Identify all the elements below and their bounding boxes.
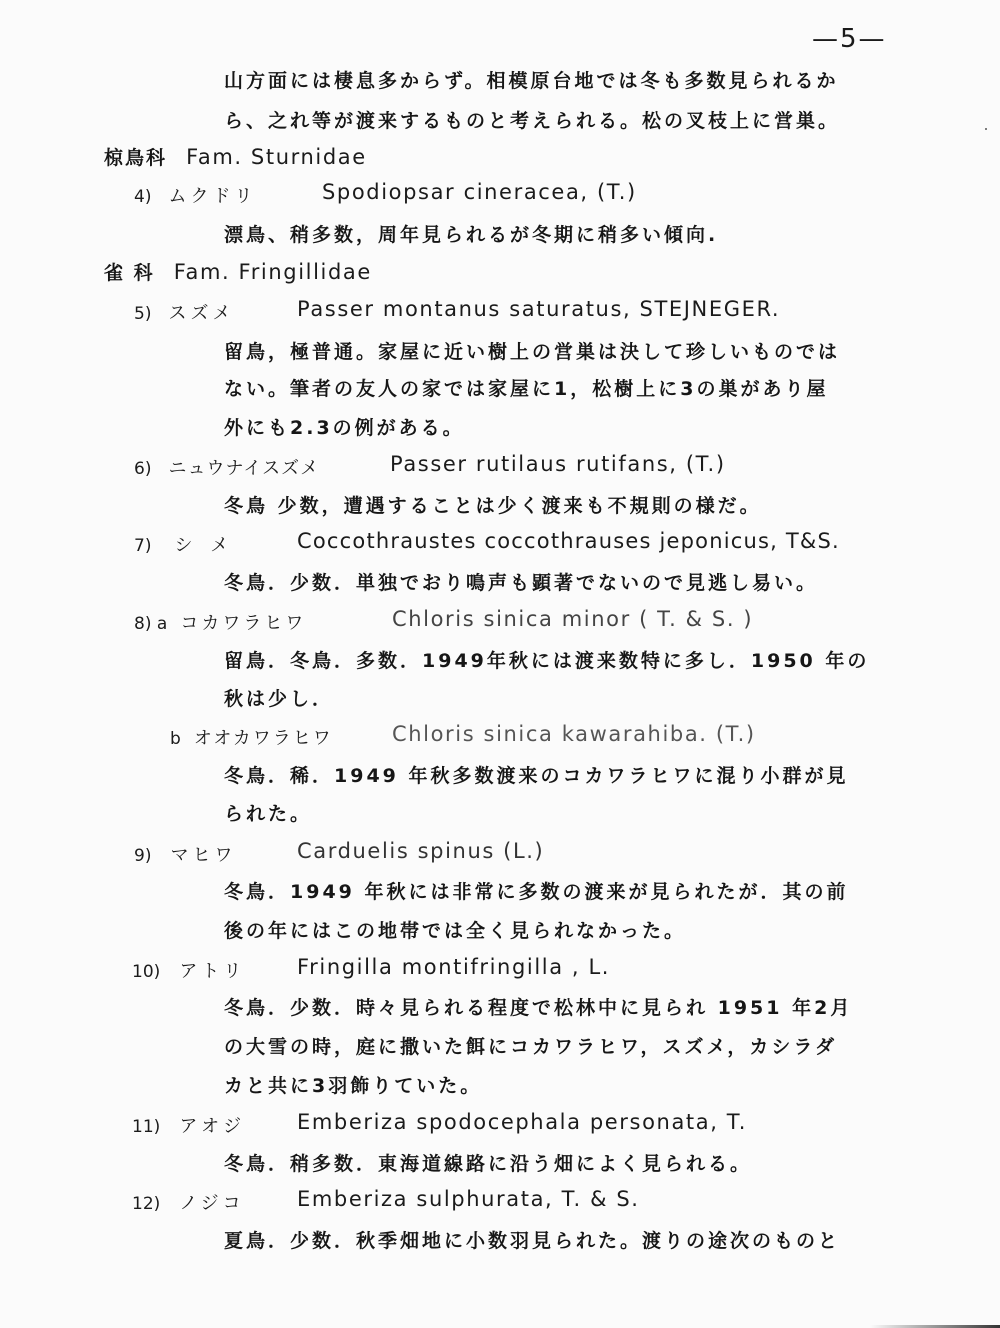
species-entry-6: 6) ニュウナイスズメ <box>134 454 319 480</box>
species-number: 11) <box>132 1117 160 1137</box>
species-entry-11: 11) アオジ <box>132 1112 245 1138</box>
species-name-latin: Carduelis spinus (L.) <box>297 839 544 863</box>
species-name-jp: ムクドリ <box>169 186 257 207</box>
species-note: 留鳥，極普通。家屋に近い樹上の営巣は決して珍しいものでは <box>224 337 840 364</box>
species-name-jp: オオカワラヒワ <box>194 728 333 749</box>
species-name-latin: Emberiza spodocephala personata, T. <box>297 1110 747 1134</box>
species-number: 4) <box>134 187 151 207</box>
species-name-latin: Passer montanus saturatus, STEJNEGER. <box>297 297 780 321</box>
species-name-jp: シ メ <box>175 535 235 556</box>
species-name-jp: アトリ <box>179 961 245 982</box>
species-note: ない。筆者の友人の家では家屋に1，松樹上に3の巣があり屋 <box>224 374 828 401</box>
species-number: 10) <box>132 962 160 982</box>
species-name-jp: ノジコ <box>179 1193 244 1214</box>
species-note: の大雪の時，庭に撒いた餌にコカワラヒワ，スズメ，カシラダ <box>224 1032 837 1059</box>
species-entry-7: 7) シ メ <box>134 531 234 557</box>
species-note: 冬鳥 少数，遭遇することは少く渡来も不規則の様だ。 <box>224 491 762 518</box>
species-name-latin: Passer rutilaus rutifans, (T.) <box>390 452 726 476</box>
species-note: 冬鳥．稀．1949 年秋多数渡来のコカワラヒワに混り小群が見 <box>224 761 849 788</box>
species-entry-4: 4) ムクドリ <box>134 182 257 208</box>
species-note: 夏鳥．少数．秋季畑地に小数羽見られた。渡りの途次のものと <box>224 1226 840 1253</box>
species-name-latin: Coccothraustes coccothrauses jeponicus, … <box>297 529 840 553</box>
species-entry-9: 9) マヒワ <box>134 841 237 867</box>
species-entry-5: 5) スズメ <box>134 299 235 325</box>
species-number: 8) a <box>134 614 167 634</box>
page-number: —5— <box>812 24 887 54</box>
species-name-latin: Chloris sinica kawarahiba. (T.) <box>392 722 756 746</box>
species-note: られた。 <box>224 799 312 826</box>
species-name-latin: Emberiza sulphurata, T. & S. <box>297 1187 640 1211</box>
document-page: —5— 山方面には棲息多からず。相模原台地では冬も多数見られるか ら、之れ等が渡… <box>0 0 1000 1328</box>
species-entry-10: 10) アトリ <box>132 957 245 983</box>
family-name-jp: 雀 科 <box>104 262 155 284</box>
scan-speck <box>985 128 987 130</box>
species-note: 冬鳥．1949 年秋には非常に多数の渡来が見られたが．其の前 <box>224 877 849 904</box>
species-name-jp: コカワラヒワ <box>180 613 306 634</box>
intro-line: 山方面には棲息多からず。相模原台地では冬も多数見られるか <box>224 66 838 93</box>
intro-line: ら、之れ等が渡来するものと考えられる。松の叉枝上に営巣。 <box>224 106 840 133</box>
species-number: 7) <box>134 536 151 556</box>
species-number: b <box>170 729 181 749</box>
species-note: 冬鳥．稍多数．東海道線路に沿う畑によく見られる。 <box>224 1149 752 1176</box>
species-note: 冬鳥．少数．単独でおり鳴声も顕著でないので見逃し易い。 <box>224 568 818 595</box>
species-number: 9) <box>134 846 151 866</box>
species-number: 6) <box>134 459 151 479</box>
species-number: 5) <box>134 304 151 324</box>
species-note: 漂鳥、稍多数，周年見られるが冬期に稍多い傾向. <box>224 220 718 247</box>
species-name-jp: スズメ <box>169 303 235 324</box>
family-name-jp: 椋鳥科 <box>104 147 167 169</box>
species-name-jp: ニュウナイスズメ <box>169 458 320 479</box>
species-note: 後の年にはこの地帯では全く見られなかった。 <box>224 916 686 943</box>
family-heading-sturnidae: 椋鳥科 Fam. Sturnidae <box>104 143 367 170</box>
species-name-latin: Fringilla montifringilla , L. <box>297 955 610 979</box>
species-name-jp: マヒワ <box>171 845 237 866</box>
species-number: 12) <box>132 1194 160 1214</box>
species-entry-12: 12) ノジコ <box>132 1189 245 1215</box>
species-entry-8b: b オオカワラヒワ <box>170 724 333 750</box>
species-note: 冬鳥．少数．時々見られる程度で松林中に見られ 1951 年2月 <box>224 993 852 1020</box>
species-note: カと共に3羽飾りていた。 <box>224 1071 482 1098</box>
family-name-latin: Fam. Fringillidae <box>174 260 372 284</box>
species-note: 外にも2.3の例がある。 <box>224 413 465 440</box>
species-note: 秋は少し． <box>224 684 334 711</box>
species-note: 留鳥．冬鳥．多数．1949年秋には渡来数特に多し．1950 年の <box>224 646 869 673</box>
family-heading-fringillidae: 雀 科 Fam. Fringillidae <box>104 258 372 285</box>
species-name-latin: Chloris sinica minor ( T. & S. ) <box>392 607 753 631</box>
family-name-latin: Fam. Sturnidae <box>186 145 367 169</box>
species-name-latin: Spodiopsar cineracea, (T.) <box>322 180 637 204</box>
species-entry-8a: 8) a コカワラヒワ <box>134 609 306 635</box>
species-name-jp: アオジ <box>179 1116 245 1137</box>
